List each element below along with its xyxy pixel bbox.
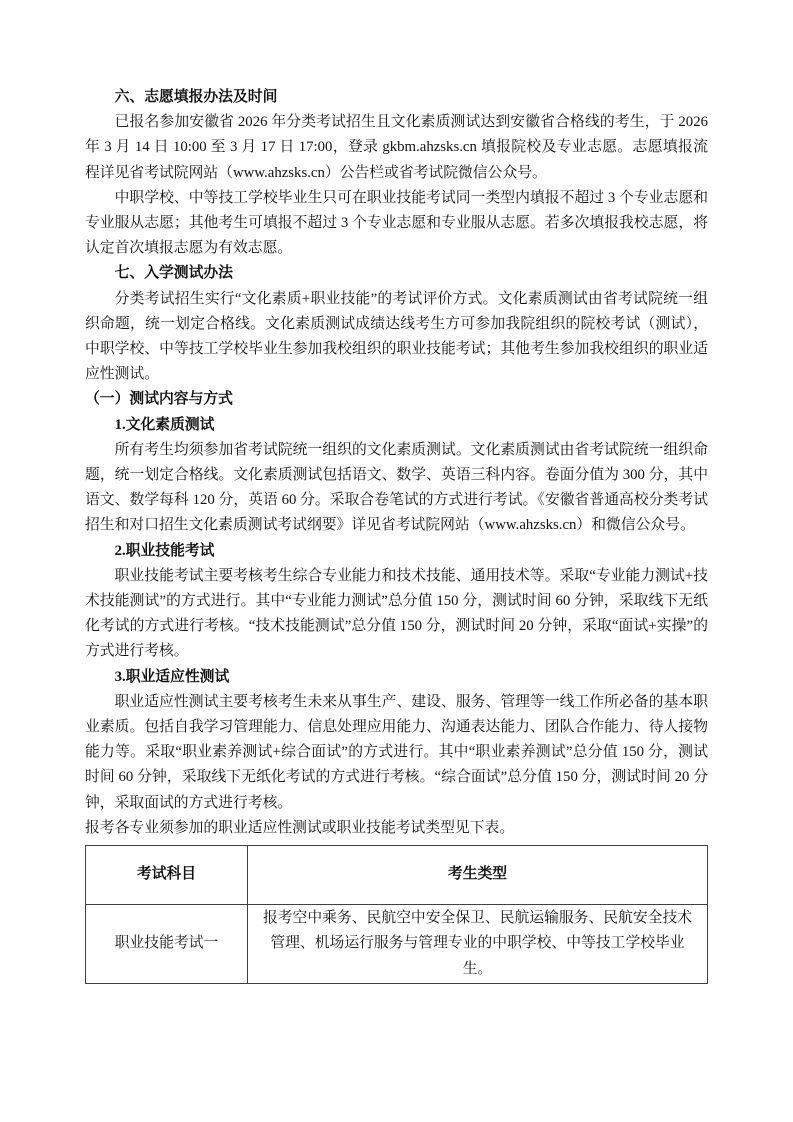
exam-type-table: 考试科目 考生类型 职业技能考试一 报考空中乘务、民航空中安全保卫、民航运输服务… [85,845,708,984]
section-7-paragraph-1: 分类考试招生实行“文化素质+职业技能”的考试评价方式。文化素质测试由省考试院统一… [85,287,708,388]
table-row: 职业技能考试一 报考空中乘务、民航空中安全保卫、民航运输服务、民航安全技术管理、… [86,905,708,984]
item-3-heading: 3.职业适应性测试 [85,665,708,690]
table-header-row: 考试科目 考生类型 [86,846,708,905]
table-header-candidate-type: 考生类型 [248,846,708,905]
subsection-1-heading: （一）测试内容与方式 [85,387,708,412]
table-cell-candidate-type: 报考空中乘务、民航空中安全保卫、民航运输服务、民航安全技术管理、机场运行服务与管… [248,905,708,984]
item-1-paragraph: 所有考生均须参加省考试院统一组织的文化素质测试。文化素质测试由省考试院统一组织命… [85,438,708,539]
section-6-paragraph-1: 已报名参加安徽省 2026 年分类考试招生且文化素质测试达到安徽省合格线的考生，… [85,110,708,186]
table-intro-line: 报考各专业须参加的职业适应性测试或职业技能考试类型见下表。 [85,816,708,841]
item-3-paragraph: 职业适应性测试主要考核考生未来从事生产、建设、服务、管理等一线工作所必备的基本职… [85,690,708,816]
item-1-heading: 1.文化素质测试 [85,413,708,438]
item-2-paragraph: 职业技能考试主要考核考生综合专业能力和技术技能、通用技术等。采取“专业能力测试+… [85,564,708,665]
document-content: 六、志愿填报办法及时间 已报名参加安徽省 2026 年分类考试招生且文化素质测试… [85,85,708,984]
section-6-paragraph-2: 中职学校、中等技工学校毕业生只可在职业技能考试同一类型内填报不超过 3 个专业志… [85,186,708,262]
item-2-heading: 2.职业技能考试 [85,539,708,564]
table-cell-exam-subject: 职业技能考试一 [86,905,248,984]
section-7-heading: 七、入学测试办法 [85,261,708,286]
table-header-exam-subject: 考试科目 [86,846,248,905]
section-6-heading: 六、志愿填报办法及时间 [85,85,708,110]
document-page: 六、志愿填报办法及时间 已报名参加安徽省 2026 年分类考试招生且文化素质测试… [0,0,793,1122]
